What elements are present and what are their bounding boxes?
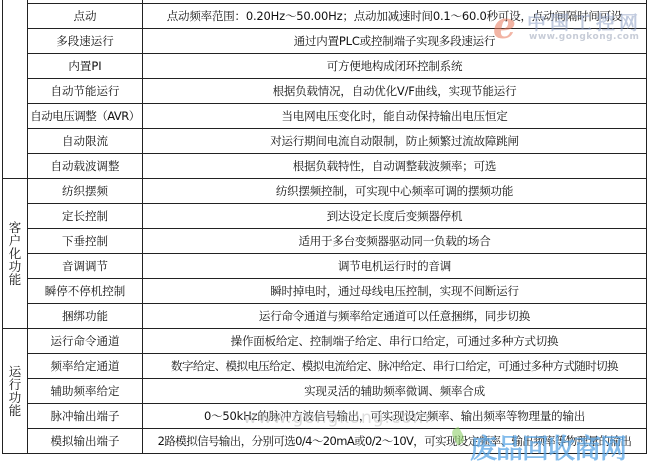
- feature-desc: 0～50kHz的脉冲方波信号输出，可实现设定频率、输出频率等物理量的输出: [143, 404, 647, 429]
- table-row: 自动限流 对运行期间电流自动限制，防止频繁过流故障跳闸: [3, 129, 647, 154]
- feature-desc: 根据负载特性，自动调整载波频率；可选: [143, 154, 647, 179]
- table-row: 音调调节 调节电机运行时的音调: [3, 254, 647, 279]
- table-row: 下垂控制 适用于多台变频器驱动同一负载的场合: [3, 229, 647, 254]
- feature-name: 自动限流: [28, 129, 143, 154]
- feature-desc: 数字给定、模拟电压给定、模拟电流给定、脉冲给定、串行口给定，可通过多种方式随时切…: [143, 354, 647, 379]
- group-label-operation: 运行功能: [3, 329, 28, 454]
- feature-desc: 当电网电压变化时，能自动保持输出电压恒定: [143, 104, 647, 129]
- feature-desc: 可方便地构成闭环控制系统: [143, 54, 647, 79]
- table-row: 点动 点动频率范围：0.20Hz～50.00Hz；点动加减速时间0.1～60.0…: [3, 4, 647, 29]
- feature-name: 下垂控制: [28, 229, 143, 254]
- feature-name: 捆绑功能: [28, 304, 143, 329]
- feature-desc: 纺织摆频控制，可实现中心频率可调的摆频功能: [143, 179, 647, 204]
- feature-name: 运行命令通道: [28, 329, 143, 354]
- feature-name: 脉冲输出端子: [28, 404, 143, 429]
- table-row: 辅助频率给定 实现灵活的辅助频率微调、频率合成: [3, 379, 647, 404]
- table-row: 瞬停不停机控制 瞬时掉电时，通过母线电压控制，实现不间断运行: [3, 279, 647, 304]
- group-label-text: 客户化功能: [8, 221, 22, 286]
- table-row: 捆绑功能 运行命令通道与频率给定通道可以任意捆绑，同步切换: [3, 304, 647, 329]
- group-label-text: 运行功能: [8, 365, 22, 417]
- feature-name: 纺织摆频: [28, 179, 143, 204]
- feature-name: 定长控制: [28, 204, 143, 229]
- feature-desc: 点动频率范围：0.20Hz～50.00Hz；点动加减速时间0.1～60.0秒可设…: [143, 4, 647, 29]
- feature-name: 频率给定通道: [28, 354, 143, 379]
- feature-name: 多段速运行: [28, 29, 143, 54]
- table-row: 自动载波调整 根据负载特性，自动调整载波频率；可选: [3, 154, 647, 179]
- feature-desc: 2路模拟信号输出，分别可选0/4～20mA或0/2～10V，可实现设定频率、输出…: [143, 429, 647, 454]
- table-row: 运行功能 运行命令通道 操作面板给定、控制端子给定、串行口给定，可通过多种方式切…: [3, 329, 647, 354]
- feature-desc: 实现灵活的辅助频率微调、频率合成: [143, 379, 647, 404]
- feature-desc: 适用于多台变频器驱动同一负载的场合: [143, 229, 647, 254]
- table-row: 自动节能运行 根据负载情况，自动优化V/F曲线，实现节能运行: [3, 79, 647, 104]
- table-row: 多段速运行 通过内置PLC或控制端子实现多段速运行: [3, 29, 647, 54]
- feature-desc: 运行命令通道与频率给定通道可以任意捆绑，同步切换: [143, 304, 647, 329]
- table-row: 内置PI 可方便地构成闭环控制系统: [3, 54, 647, 79]
- feature-desc: 瞬时掉电时，通过母线电压控制，实现不间断运行: [143, 279, 647, 304]
- feature-desc: 调节电机运行时的音调: [143, 254, 647, 279]
- feature-name: 瞬停不停机控制: [28, 279, 143, 304]
- feature-name: 自动节能运行: [28, 79, 143, 104]
- table-row: 模拟输出端子 2路模拟信号输出，分别可选0/4～20mA或0/2～10V，可实现…: [3, 429, 647, 454]
- table-row: 频率给定通道 数字给定、模拟电压给定、模拟电流给定、脉冲给定、串行口给定，可通过…: [3, 354, 647, 379]
- table-row: 客户化功能 纺织摆频 纺织摆频控制，可实现中心频率可调的摆频功能: [3, 179, 647, 204]
- feature-desc: 到达设定长度后变频器停机: [143, 204, 647, 229]
- spec-table: 点动 点动频率范围：0.20Hz～50.00Hz；点动加减速时间0.1～60.0…: [2, 0, 647, 454]
- feature-name: 自动载波调整: [28, 154, 143, 179]
- feature-name: 模拟输出端子: [28, 429, 143, 454]
- feature-desc: 操作面板给定、控制端子给定、串行口给定，可通过多种方式切换: [143, 329, 647, 354]
- table-row: 脉冲输出端子 0～50kHz的脉冲方波信号输出，可实现设定频率、输出频率等物理量…: [3, 404, 647, 429]
- table-row: 自动电压调整（AVR） 当电网电压变化时，能自动保持输出电压恒定: [3, 104, 647, 129]
- group-cell-empty: [3, 0, 28, 179]
- group-label-customization: 客户化功能: [3, 179, 28, 329]
- feature-desc: 根据负载情况，自动优化V/F曲线，实现节能运行: [143, 79, 647, 104]
- feature-desc: 通过内置PLC或控制端子实现多段速运行: [143, 29, 647, 54]
- feature-name: 点动: [28, 4, 143, 29]
- feature-name: 音调调节: [28, 254, 143, 279]
- table-row: 定长控制 到达设定长度后变频器停机: [3, 204, 647, 229]
- feature-name: 自动电压调整（AVR）: [28, 104, 143, 129]
- feature-name: 辅助频率给定: [28, 379, 143, 404]
- feature-name: 内置PI: [28, 54, 143, 79]
- feature-desc: 对运行期间电流自动限制，防止频繁过流故障跳闸: [143, 129, 647, 154]
